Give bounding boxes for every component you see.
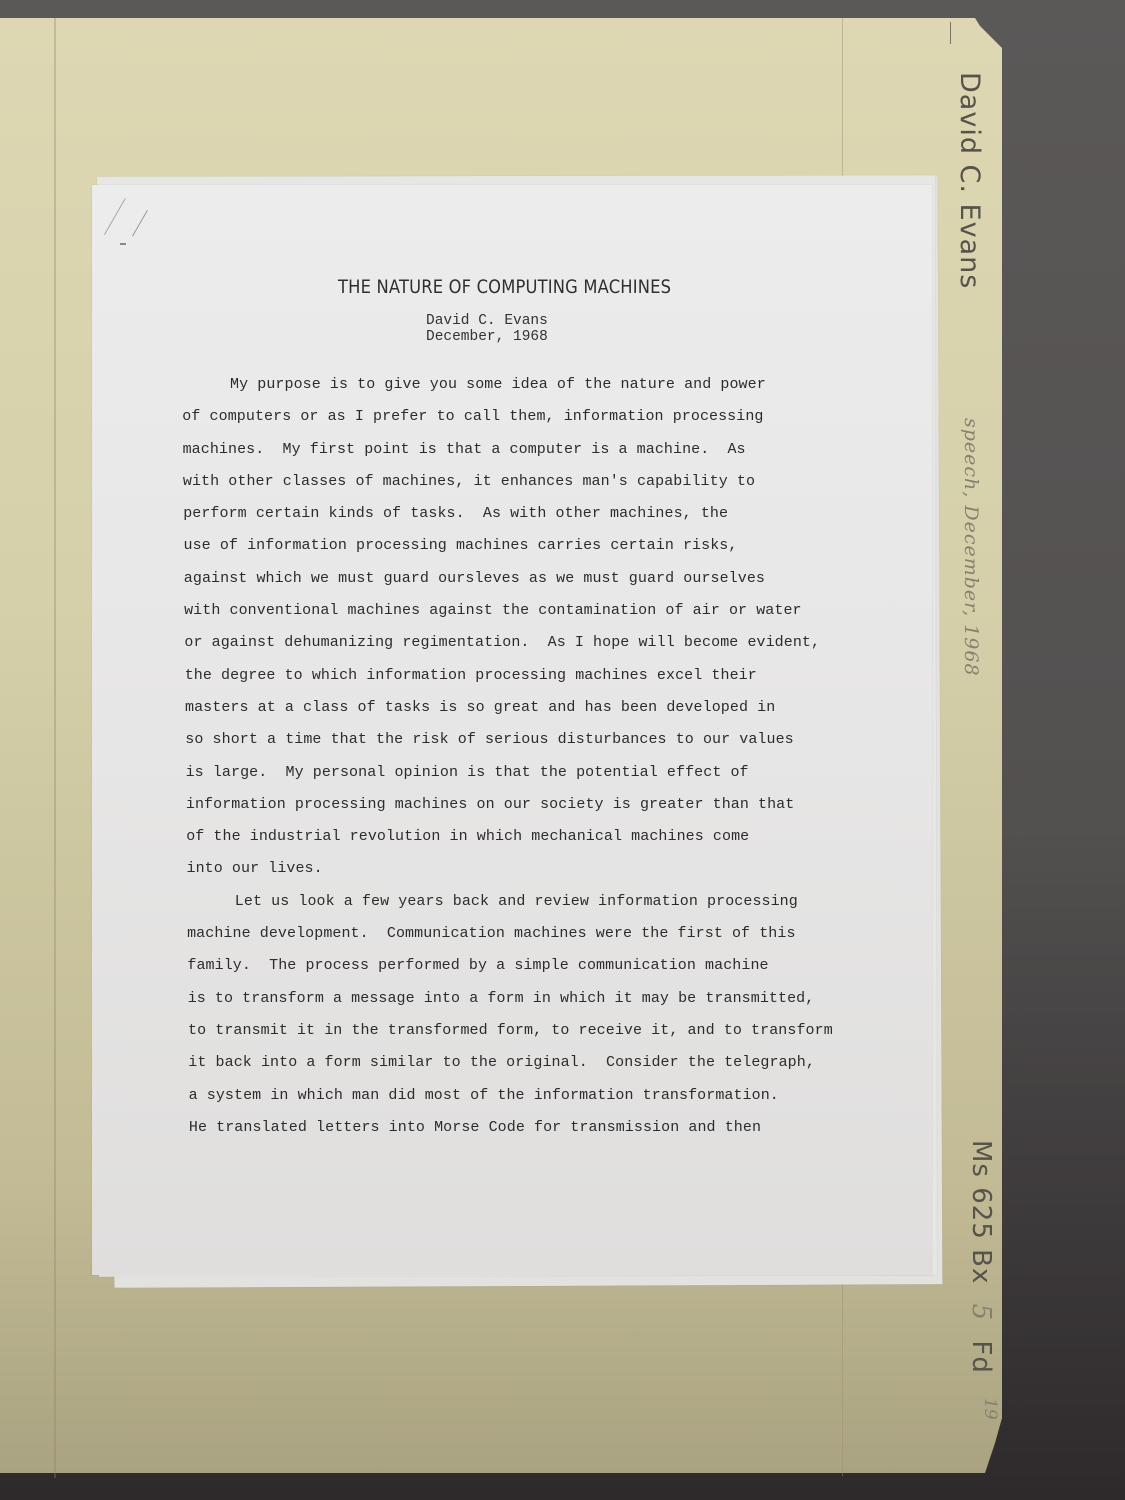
document-line: Let us look a few years back and review … [187,889,902,921]
document-title: THE NATURE OF COMPUTING MACHINES [338,276,671,298]
folder-number-handwritten: 19 [980,1398,1000,1420]
folder-label-typed: Fd [966,1340,996,1373]
document-line: information processing machines on our s… [186,792,902,824]
document-line: so short a time that the risk of serious… [185,727,902,759]
document-line: against which we must guard oursleves as… [184,566,902,598]
document-line: is to transform a message into a form in… [188,986,902,1018]
folder-crease [54,18,56,1478]
document-line: the degree to which information processi… [185,663,902,695]
staple-hole-mark [120,243,126,245]
document-line: with conventional machines against the c… [184,598,902,630]
document-author: David C. Evans [426,313,548,329]
document-date: December, 1968 [426,329,548,345]
call-number-typed: Ms 625 Bx [966,1140,996,1284]
folder-tick-mark [950,22,951,44]
document-line: family. The process performed by a simpl… [187,953,902,985]
document-line: is large. My personal opinion is that th… [186,760,902,792]
document-line: of computers or as I prefer to call them… [182,404,902,436]
folder-handwritten-annotation: speech, December, 1968 [960,418,982,677]
document-body: My purpose is to give you some idea of t… [182,372,902,1147]
folder-call-number: Ms 625 Bx 5 Fd [966,1140,996,1374]
document-line: a system in which man did most of the in… [189,1083,902,1115]
folder-tab-name: David C. Evans [954,72,985,289]
document-line: of the industrial revolution in which me… [186,824,902,856]
document-line: My purpose is to give you some idea of t… [182,372,902,404]
document-line: perform certain kinds of tasks. As with … [183,501,902,533]
document-line: use of information processing machines c… [184,533,903,565]
document-line: machine development. Communication machi… [187,921,902,953]
document-line: to transmit it in the transformed form, … [188,1018,902,1050]
box-number-handwritten: 5 [966,1304,996,1322]
document-line: masters at a class of tasks is so great … [185,695,902,727]
document-line: or against dehumanizing regimentation. A… [184,630,902,662]
document-line: into our lives. [187,856,903,888]
document-line: He translated letters into Morse Code fo… [189,1115,902,1147]
document-line: machines. My first point is that a compu… [183,437,902,469]
document-line: with other classes of machines, it enhan… [183,469,902,501]
document-line: it back into a form similar to the origi… [188,1050,902,1082]
